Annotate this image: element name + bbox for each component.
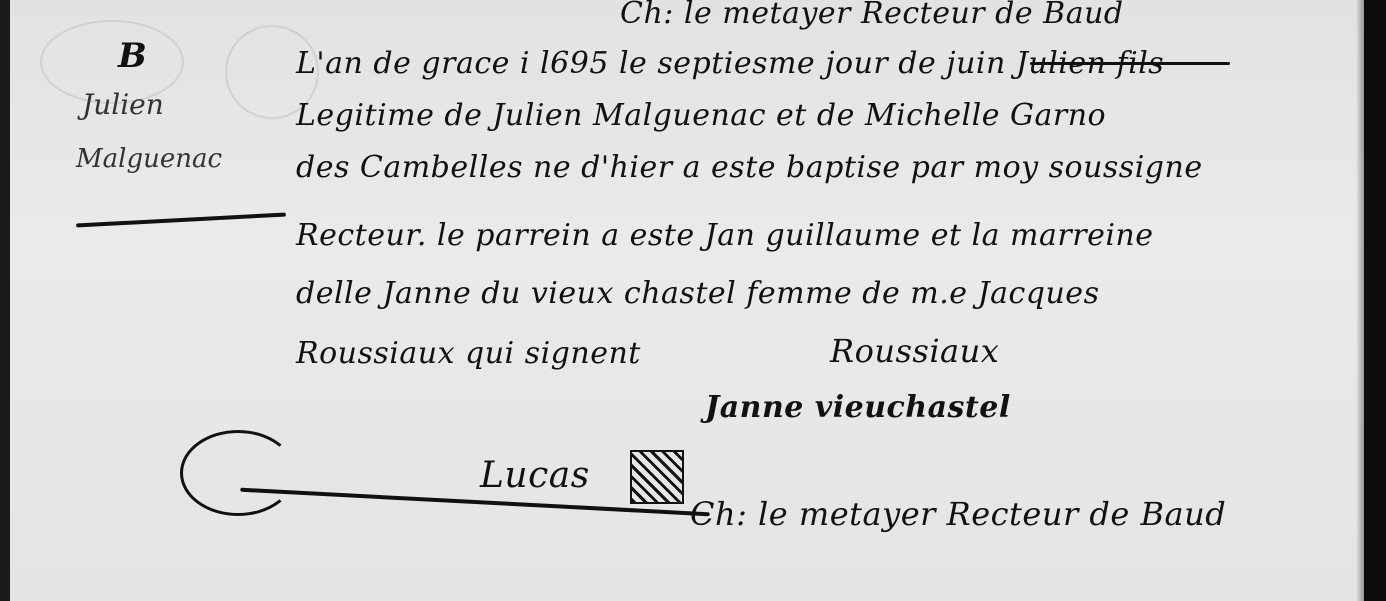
header-signature: Ch: le metayer Recteur de Baud: [620, 0, 1124, 31]
signature-lucas: Lucas: [480, 455, 590, 496]
signature-rector-metayer: Ch: le metayer Recteur de Baud: [690, 495, 1226, 533]
scanned-register-page: B Julien Malguenac Ch: le metayer Recteu…: [0, 0, 1386, 601]
body-line-3: des Cambelles ne d'hier a este baptise p…: [296, 150, 1203, 185]
margin-surname: Malguenac: [76, 144, 222, 174]
page-right-border: [1364, 0, 1386, 601]
margin-given-name: Julien: [82, 88, 164, 121]
signature-mark-hatched: [630, 450, 684, 504]
page-left-border: [0, 0, 10, 601]
signature-flourish-loop: [180, 430, 296, 516]
body-line-5: delle Janne du vieux chastel femme de m.…: [296, 276, 1099, 311]
strikethrough-mark: [1030, 62, 1230, 65]
body-line-2: Legitime de Julien Malguenac et de Miche…: [296, 98, 1106, 133]
body-line-4: Recteur. le parrein a este Jan guillaume…: [296, 218, 1154, 253]
signature-janne-vieuchastel: Janne vieuchastel: [705, 390, 1011, 425]
body-line-6: Roussiaux qui signent: [296, 336, 641, 371]
signature-roussiaux: Roussiaux: [830, 332, 999, 370]
page-binding-shadow: [1356, 0, 1364, 601]
margin-entry-letter: B: [118, 36, 147, 76]
margin-underline-flourish: [76, 213, 286, 228]
